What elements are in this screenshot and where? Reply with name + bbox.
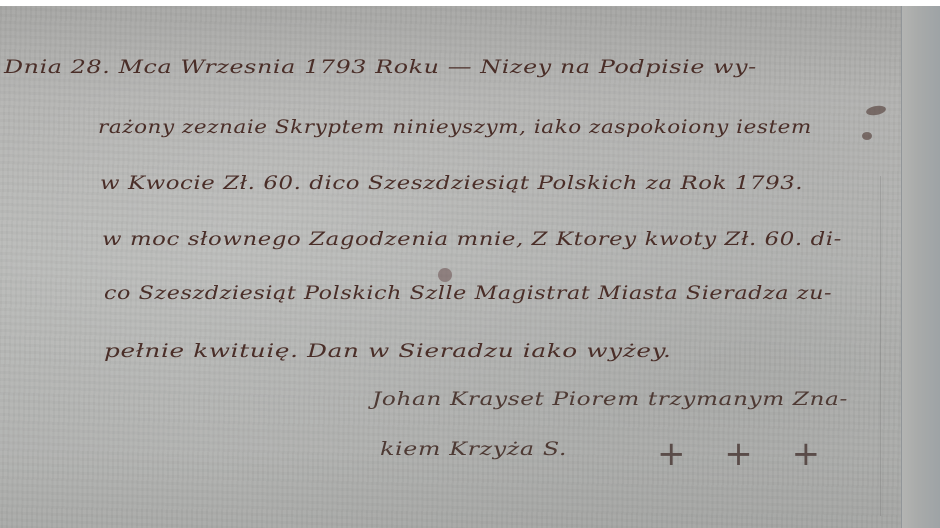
signature-line-2: kiem Krzyża S. [380, 438, 567, 460]
text-line-5: co Szeszdziesiąt Polskich Szlle Magistra… [104, 282, 832, 304]
paper-right-edge [901, 6, 940, 528]
text-line-6: pełnie kwituię. Dan w Sieradzu iako wyże… [104, 340, 671, 362]
document-photo: Dnia 28. Mca Wrzesnia 1793 Roku — Nizey … [0, 6, 940, 528]
ink-blot [862, 132, 872, 140]
text-line-1: Dnia 28. Mca Wrzesnia 1793 Roku — Nizey … [4, 56, 757, 78]
ink-blot [865, 104, 886, 116]
text-line-3: w Kwocie Zł. 60. dico Szeszdziesiąt Pols… [100, 172, 803, 194]
text-line-4: w moc słownego Zagodzenia mnie, Z Ktorey… [102, 228, 842, 250]
ink-blot [438, 268, 452, 282]
text-line-2: rażony zeznaie Skryptem ninieyszym, iako… [98, 116, 812, 138]
paper-fold [880, 176, 881, 516]
signature-line-1: Johan Krayset Piorem trzymanym Zna- [372, 388, 848, 410]
cross-marks: + + + [657, 434, 834, 474]
